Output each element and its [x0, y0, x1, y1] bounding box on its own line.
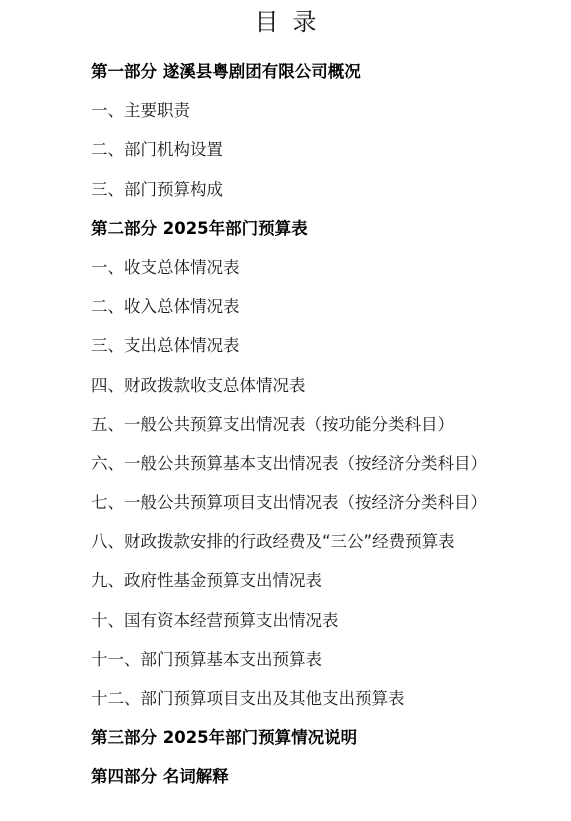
toc-item: 六、一般公共预算基本支出情况表（按经济分类科目）	[91, 452, 487, 491]
toc-item: 七、一般公共预算项目支出情况表（按经济分类科目）	[91, 491, 487, 530]
toc-part-4: 第四部分 名词解释	[91, 765, 487, 804]
toc-item: 五、一般公共预算支出情况表（按功能分类科目）	[91, 413, 487, 452]
toc-part-3: 第三部分 2025年部门预算情况说明	[91, 726, 487, 765]
toc-item: 一、收支总体情况表	[91, 256, 487, 295]
toc-item: 二、部门机构设置	[91, 138, 487, 177]
table-of-contents: 第一部分 遂溪县粤剧团有限公司概况 一、主要职责 二、部门机构设置 三、部门预算…	[91, 60, 487, 805]
toc-item: 二、收入总体情况表	[91, 295, 487, 334]
toc-item: 四、财政拨款收支总体情况表	[91, 374, 487, 413]
toc-part-2: 第二部分 2025年部门预算表	[91, 217, 487, 256]
toc-item: 十、国有资本经营预算支出情况表	[91, 609, 487, 648]
toc-item: 一、主要职责	[91, 99, 487, 138]
page-title: 目录	[0, 6, 571, 38]
toc-item: 十一、部门预算基本支出预算表	[91, 648, 487, 687]
toc-item: 八、财政拨款安排的行政经费及“三公”经费预算表	[91, 530, 487, 569]
toc-item: 十二、部门预算项目支出及其他支出预算表	[91, 687, 487, 726]
toc-item: 三、部门预算构成	[91, 178, 487, 217]
toc-part-1: 第一部分 遂溪县粤剧团有限公司概况	[91, 60, 487, 99]
toc-item: 三、支出总体情况表	[91, 334, 487, 373]
toc-item: 九、政府性基金预算支出情况表	[91, 569, 487, 608]
